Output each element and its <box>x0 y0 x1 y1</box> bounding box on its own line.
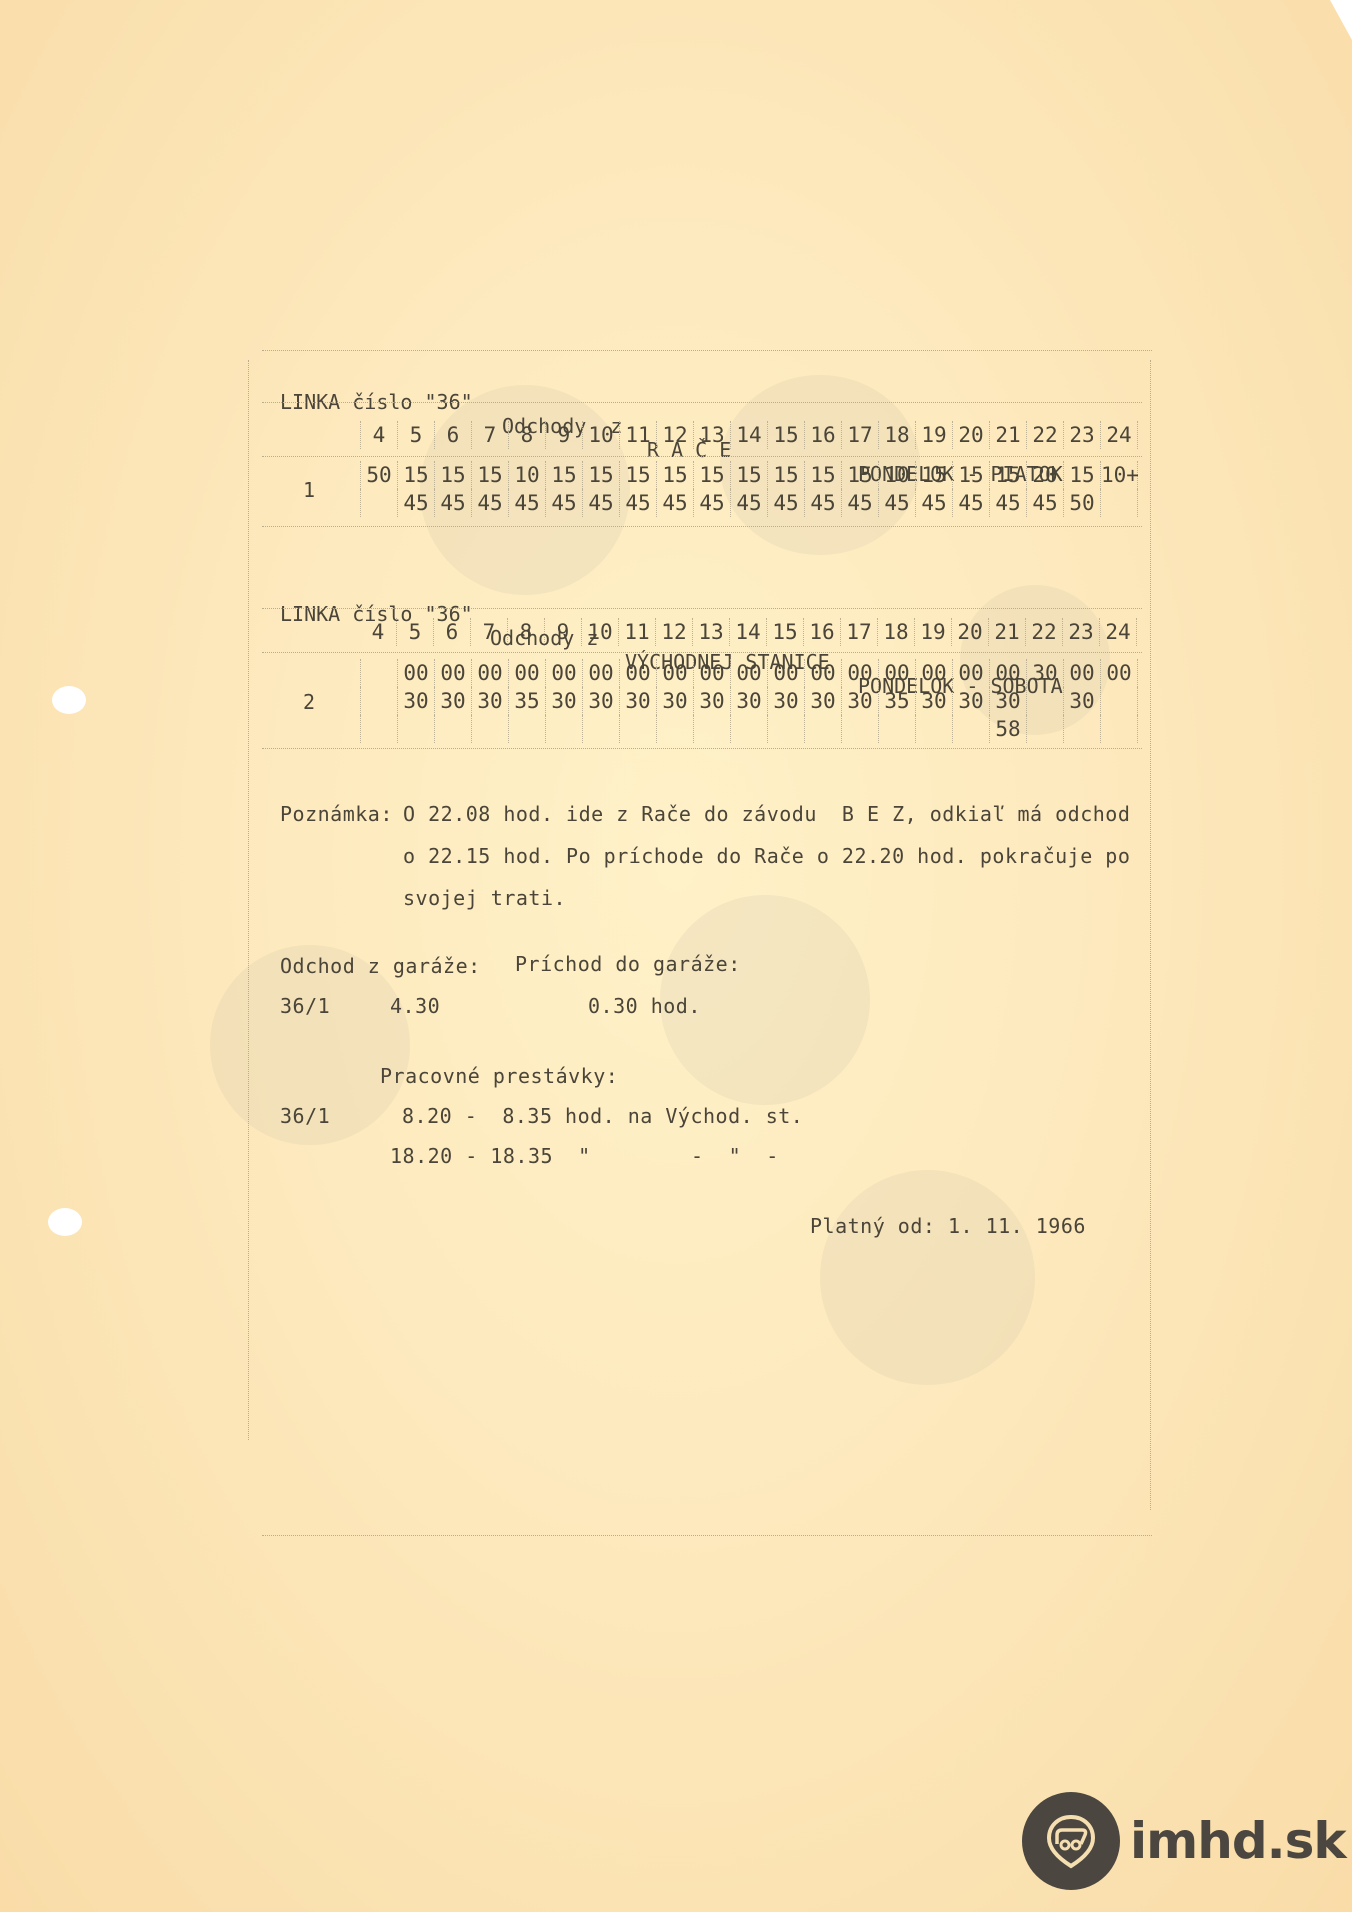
hour-cell: 8 <box>509 421 546 449</box>
frame-right <box>1150 360 1151 1510</box>
minute-cell: 45 <box>805 489 842 517</box>
minutes-row-1: 00 00 00 00 00 00 00 00 00 00 00 00 00 0… <box>360 659 1138 687</box>
minute-cell: 35 <box>509 687 546 715</box>
imhd-logo: imhd.sk <box>1022 1792 1346 1890</box>
minute-cell: 00 <box>953 659 990 687</box>
hour-cell: 10 <box>582 618 619 646</box>
minute-cell: 15 <box>546 461 583 489</box>
minute-cell: 15 <box>583 461 620 489</box>
hour-cell: 12 <box>657 421 694 449</box>
minute-cell <box>1027 715 1064 743</box>
logo-text: imhd.sk <box>1130 1812 1346 1870</box>
minute-cell: 45 <box>768 489 805 517</box>
minute-cell <box>1101 715 1138 743</box>
minute-cell: 15 <box>1064 461 1101 489</box>
minute-cell: 45 <box>916 489 953 517</box>
minute-cell: 00 <box>657 659 694 687</box>
break-line: 8.20 - 8.35 hod. na Východ. st. <box>402 1104 803 1128</box>
minute-cell <box>398 715 435 743</box>
note-line: O 22.08 hod. ide z Rače do závodu B E Z,… <box>403 802 1130 826</box>
hour-cell: 23 <box>1064 421 1101 449</box>
minute-cell: 00 <box>694 659 731 687</box>
minute-cell <box>1101 687 1138 715</box>
minute-cell <box>361 687 398 715</box>
minute-cell: 30 <box>916 687 953 715</box>
minute-cell: 30 <box>1027 659 1064 687</box>
minute-cell: 00 <box>1101 659 1138 687</box>
hour-cell: 10 <box>583 421 620 449</box>
hour-cell: 17 <box>842 421 879 449</box>
minute-cell: 30 <box>620 687 657 715</box>
hour-cell: 23 <box>1063 618 1100 646</box>
minute-cell <box>1064 715 1101 743</box>
minutes-row-3: 58 <box>360 715 1138 743</box>
minute-cell <box>435 715 472 743</box>
minute-cell <box>583 715 620 743</box>
hour-cell: 15 <box>767 618 804 646</box>
minute-cell: 15 <box>953 461 990 489</box>
minute-cell: 15 <box>435 461 472 489</box>
frame-bottom <box>262 1535 1152 1536</box>
hour-cell: 16 <box>805 421 842 449</box>
break-line: 18.20 - 18.35 " - " - <box>390 1144 779 1168</box>
hour-cell: 18 <box>879 421 916 449</box>
hour-cell: 7 <box>471 618 508 646</box>
minute-cell <box>805 715 842 743</box>
hour-cell: 16 <box>804 618 841 646</box>
minute-cell: 00 <box>731 659 768 687</box>
note-line: o 22.15 hod. Po príchode do Rače o 22.20… <box>403 844 1130 868</box>
minute-cell: 00 <box>398 659 435 687</box>
minute-cell <box>694 715 731 743</box>
minute-cell <box>472 715 509 743</box>
minute-cell: 30 <box>1064 687 1101 715</box>
divider <box>262 608 1142 609</box>
minute-cell: 30 <box>990 687 1027 715</box>
hour-cell: 4 <box>360 618 397 646</box>
minute-cell: 00 <box>472 659 509 687</box>
minute-cell: 45 <box>657 489 694 517</box>
hours-row: 4 5 6 7 8 9 10 11 12 13 14 15 16 17 18 1… <box>360 421 1138 449</box>
hour-cell: 9 <box>545 618 582 646</box>
minute-cell: 45 <box>879 489 916 517</box>
hour-cell: 4 <box>361 421 398 449</box>
divider <box>262 652 1142 653</box>
minute-cell: 15 <box>398 461 435 489</box>
minute-cell <box>1027 687 1064 715</box>
hour-cell: 7 <box>472 421 509 449</box>
minute-cell: 00 <box>990 659 1027 687</box>
hour-cell: 22 <box>1026 618 1063 646</box>
hour-cell: 14 <box>730 618 767 646</box>
minute-cell: 00 <box>620 659 657 687</box>
minute-cell: 00 <box>842 659 879 687</box>
minute-cell <box>361 659 398 687</box>
hour-cell: 22 <box>1027 421 1064 449</box>
minute-cell: 00 <box>805 659 842 687</box>
minute-cell: 45 <box>620 489 657 517</box>
validity-date: Platný od: 1. 11. 1966 <box>810 1214 1086 1238</box>
hour-cell: 21 <box>990 421 1027 449</box>
vehicle-id: 36/1 <box>280 1104 330 1128</box>
hour-cell: 24 <box>1100 618 1137 646</box>
breaks-label: Pracovné prestávky: <box>380 1064 618 1088</box>
hour-cell: 11 <box>620 421 657 449</box>
minute-cell: 45 <box>583 489 620 517</box>
divider <box>262 748 1142 749</box>
minute-cell <box>361 715 398 743</box>
minute-cell: 15 <box>768 461 805 489</box>
note-line: svojej trati. <box>403 886 566 910</box>
minute-cell: 30 <box>546 687 583 715</box>
minute-cell <box>916 715 953 743</box>
hour-cell: 18 <box>878 618 915 646</box>
minute-cell <box>509 715 546 743</box>
minute-cell: 15 <box>731 461 768 489</box>
minute-cell <box>620 715 657 743</box>
minute-cell <box>768 715 805 743</box>
row-label: 2 <box>303 690 315 714</box>
minute-cell: 00 <box>1064 659 1101 687</box>
minute-cell <box>546 715 583 743</box>
hour-cell: 5 <box>397 618 434 646</box>
minute-cell: 00 <box>768 659 805 687</box>
divider <box>262 456 1142 457</box>
minute-cell: 50 <box>361 461 398 489</box>
minute-cell: 15 <box>657 461 694 489</box>
minute-cell: 30 <box>953 687 990 715</box>
minute-cell: 00 <box>509 659 546 687</box>
minute-cell: 30 <box>657 687 694 715</box>
minute-cell: 45 <box>472 489 509 517</box>
minute-cell: 15 <box>916 461 953 489</box>
minute-cell: 15 <box>472 461 509 489</box>
vehicle-id: 36/1 <box>280 994 330 1018</box>
minute-cell: 45 <box>842 489 879 517</box>
minute-cell: 00 <box>435 659 472 687</box>
hour-cell: 6 <box>435 421 472 449</box>
hour-cell: 13 <box>693 618 730 646</box>
minute-cell: 00 <box>916 659 953 687</box>
departure-time: 4.30 <box>390 994 440 1018</box>
hour-cell: 20 <box>952 618 989 646</box>
hour-cell: 12 <box>656 618 693 646</box>
hour-cell: 21 <box>989 618 1026 646</box>
punch-hole <box>52 686 86 714</box>
divider <box>262 526 1142 527</box>
minute-cell: 50 <box>1064 489 1101 517</box>
watermark-logo <box>820 1170 1035 1385</box>
minute-cell: 30 <box>842 687 879 715</box>
arrival-time: 0.30 hod. <box>588 994 701 1018</box>
minute-cell: 45 <box>953 489 990 517</box>
frame-top <box>262 350 1152 351</box>
divider <box>262 402 1142 403</box>
minute-cell: 10+ <box>1101 461 1138 489</box>
hour-cell: 19 <box>915 618 952 646</box>
minute-cell: 15 <box>620 461 657 489</box>
minute-cell: 45 <box>731 489 768 517</box>
minute-cell: 10 <box>879 461 916 489</box>
hour-cell: 24 <box>1101 421 1138 449</box>
minute-cell: 45 <box>990 489 1027 517</box>
hour-cell: 5 <box>398 421 435 449</box>
minute-cell <box>879 715 916 743</box>
minute-cell: 45 <box>1027 489 1064 517</box>
minute-cell: 20 <box>1027 461 1064 489</box>
minutes-row-2: 30 30 30 35 30 30 30 30 30 30 30 30 30 3… <box>360 687 1138 715</box>
minutes-row-1: 50 15 15 15 10 15 15 15 15 15 15 15 15 1… <box>360 461 1138 489</box>
minute-cell: 45 <box>398 489 435 517</box>
minute-cell: 15 <box>842 461 879 489</box>
hour-cell: 15 <box>768 421 805 449</box>
minute-cell: 45 <box>509 489 546 517</box>
hour-cell: 9 <box>546 421 583 449</box>
minute-cell <box>731 715 768 743</box>
minute-cell: 15 <box>805 461 842 489</box>
minute-cell: 58 <box>990 715 1027 743</box>
minute-cell <box>657 715 694 743</box>
hours-row: 4 5 6 7 8 9 10 11 12 13 14 15 16 17 18 1… <box>360 618 1137 646</box>
hour-cell: 20 <box>953 421 990 449</box>
minute-cell: 00 <box>546 659 583 687</box>
minute-cell: 30 <box>398 687 435 715</box>
minute-cell: 30 <box>768 687 805 715</box>
row-label: 1 <box>303 478 315 502</box>
hour-cell: 6 <box>434 618 471 646</box>
bus-pin-icon <box>1022 1792 1120 1890</box>
minute-cell: 30 <box>583 687 620 715</box>
minute-cell <box>953 715 990 743</box>
minute-cell: 30 <box>435 687 472 715</box>
minute-cell: 35 <box>879 687 916 715</box>
minute-cell: 45 <box>435 489 472 517</box>
minute-cell: 30 <box>805 687 842 715</box>
minute-cell <box>842 715 879 743</box>
hour-cell: 11 <box>619 618 656 646</box>
minute-cell <box>1101 489 1138 517</box>
minute-cell: 30 <box>731 687 768 715</box>
minute-cell: 00 <box>583 659 620 687</box>
minute-cell: 45 <box>546 489 583 517</box>
garage-arrival-label: Príchod do garáže: <box>515 952 741 976</box>
minute-cell: 30 <box>694 687 731 715</box>
minute-cell: 15 <box>990 461 1027 489</box>
minute-cell: 30 <box>472 687 509 715</box>
minutes-row-2: 45 45 45 45 45 45 45 45 45 45 45 45 45 4… <box>360 489 1138 517</box>
minute-cell: 45 <box>694 489 731 517</box>
hour-cell: 14 <box>731 421 768 449</box>
minute-cell <box>361 489 398 517</box>
note-label: Poznámka: <box>280 802 393 826</box>
frame-left <box>248 360 249 1440</box>
hour-cell: 19 <box>916 421 953 449</box>
garage-departure-label: Odchod z garáže: <box>280 954 481 978</box>
minute-cell: 00 <box>879 659 916 687</box>
hour-cell: 17 <box>841 618 878 646</box>
hour-cell: 13 <box>694 421 731 449</box>
minute-cell: 15 <box>694 461 731 489</box>
punch-hole <box>48 1208 82 1236</box>
hour-cell: 8 <box>508 618 545 646</box>
minute-cell: 10 <box>509 461 546 489</box>
